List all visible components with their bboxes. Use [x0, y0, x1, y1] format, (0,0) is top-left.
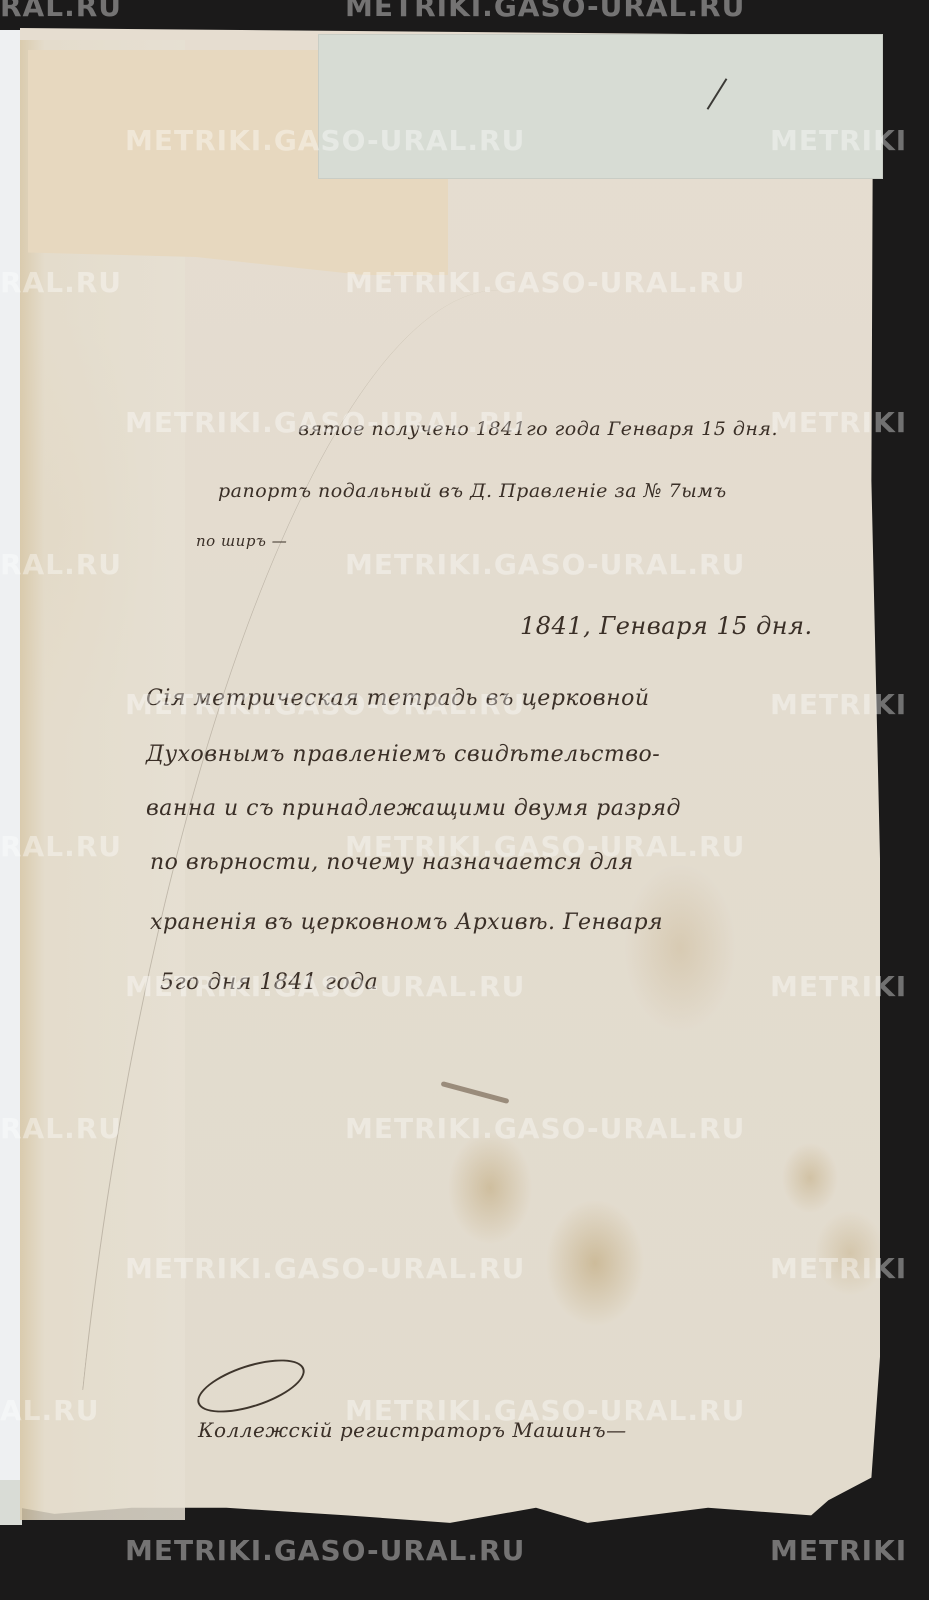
- watermark: METRIKI.GASO-URAL.RU: [345, 0, 745, 23]
- paper-label-patch: [318, 34, 883, 179]
- inscription-line-1: вятое получено 1841го года Генваря 15 дн…: [298, 418, 778, 440]
- document-viewer: RAL.RU METRIKI.GASO-URAL.RU вятое получе…: [0, 0, 929, 1600]
- signature-line: Коллежскій регистраторъ Машинъ—: [198, 1418, 627, 1442]
- underlying-sheet-edge: [0, 1480, 22, 1525]
- body-line: Духовнымъ правленіемъ свидѣтельство-: [146, 742, 660, 767]
- inscription-line-3: по ширъ —: [196, 532, 287, 550]
- body-line: 5го дня 1841 года: [160, 970, 378, 995]
- date-heading: 1841, Генваря 15 дня.: [520, 612, 813, 640]
- body-line: Сія метрическая тетрадь въ церковной: [146, 686, 650, 711]
- body-line: храненія въ церковномъ Архивѣ. Генваря: [150, 910, 663, 935]
- underlying-sheet: [0, 30, 21, 1480]
- watermark: METRIKI: [770, 1534, 907, 1567]
- watermark: RAL.RU: [0, 0, 122, 23]
- inscription-line-2: рапортъ подальный въ Д. Правленіе за № 7…: [218, 480, 727, 502]
- body-line: по вѣрности, почему назначается для: [150, 850, 634, 875]
- body-line: ванна и съ принадлежащими двумя разряд: [146, 796, 681, 821]
- watermark: METRIKI.GASO-URAL.RU: [125, 1534, 525, 1567]
